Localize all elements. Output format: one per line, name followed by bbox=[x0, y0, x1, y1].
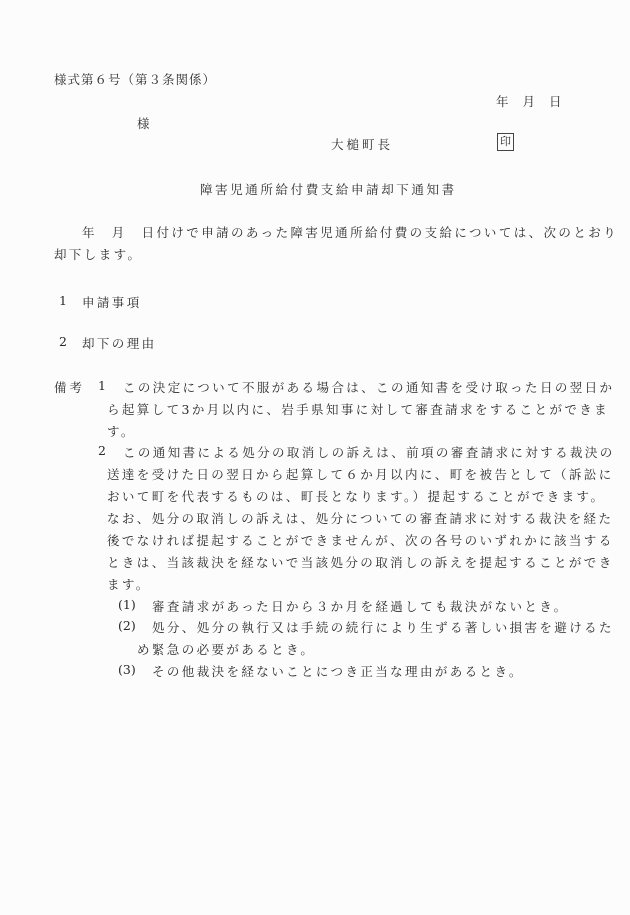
month-label: 月 bbox=[523, 92, 536, 110]
item-number: 1 bbox=[59, 293, 67, 308]
note-text-line: す。 bbox=[107, 422, 136, 440]
subitem-number: (2) bbox=[118, 618, 136, 633]
note-text-line: ます。 bbox=[107, 575, 151, 593]
item-label-reason: 却下の理由 bbox=[82, 334, 157, 352]
note-text-line: ら起算して3か月以内に、岩手県知事に対して審査請求をすることができま bbox=[107, 400, 609, 418]
note-text-line: この通知書による処分の取消しの訴えは、前項の審査請求に対する裁決の bbox=[123, 443, 615, 461]
subitem-text-line: その他裁決を経ないことにつき正当な理由があるとき。 bbox=[152, 662, 524, 680]
note-text-line: この決定について不服がある場合は、この通知書を受け取った日の翌日か bbox=[123, 378, 614, 396]
note-text-line: 後でなければ提起することができませんが、次の各号のいずれかに該当する bbox=[107, 531, 614, 549]
note-text-line: おいて町を代表するものは、町長となります。）提起することができます。 bbox=[107, 487, 605, 505]
body-text-line: 却下します。 bbox=[54, 245, 142, 263]
subitem-text-line: 処分、処分の執行又は手続の続行により生ずる著しい損害を避けるた bbox=[152, 618, 614, 636]
note-text-line: なお、処分の取消しの訴えは、処分についての審査請求に対する裁決を経た bbox=[107, 509, 613, 527]
note-number: 1 bbox=[98, 378, 106, 393]
form-number: 様式第６号（第３条関係） bbox=[54, 70, 216, 88]
note-text-line: ときは、当該裁決を経ないで当該処分の取消しの訴えを提起することができ bbox=[107, 553, 614, 571]
subitem-number: (1) bbox=[118, 597, 136, 612]
body-text-line: 年 月 日付けで申請のあった障害児通所給付費の支給については、次のとおり bbox=[82, 223, 618, 241]
item-label-application: 申請事項 bbox=[82, 293, 142, 311]
subitem-text-line: め緊急の必要があるとき。 bbox=[137, 640, 315, 658]
seal-icon: 印 bbox=[497, 133, 514, 151]
addressee-suffix: 様 bbox=[137, 114, 150, 132]
remarks-label: 備考 bbox=[54, 378, 85, 396]
document-title: 障害児通所給付費支給申請却下通知書 bbox=[200, 180, 457, 198]
item-number: 2 bbox=[59, 334, 67, 349]
date-line: 年月日 bbox=[496, 92, 562, 110]
note-text-line: 送達を受けた日の翌日から起算して６か月以内に、町を被告として（訴訟に bbox=[107, 465, 614, 483]
year-label: 年 bbox=[496, 92, 509, 110]
issuer-name: 大槌町長 bbox=[331, 135, 393, 153]
subitem-text-line: 審査請求があった日から３か月を経過しても裁決がないとき。 bbox=[152, 597, 569, 615]
day-label: 日 bbox=[549, 92, 562, 110]
subitem-number: (3) bbox=[118, 662, 136, 677]
note-number: 2 bbox=[98, 443, 106, 458]
